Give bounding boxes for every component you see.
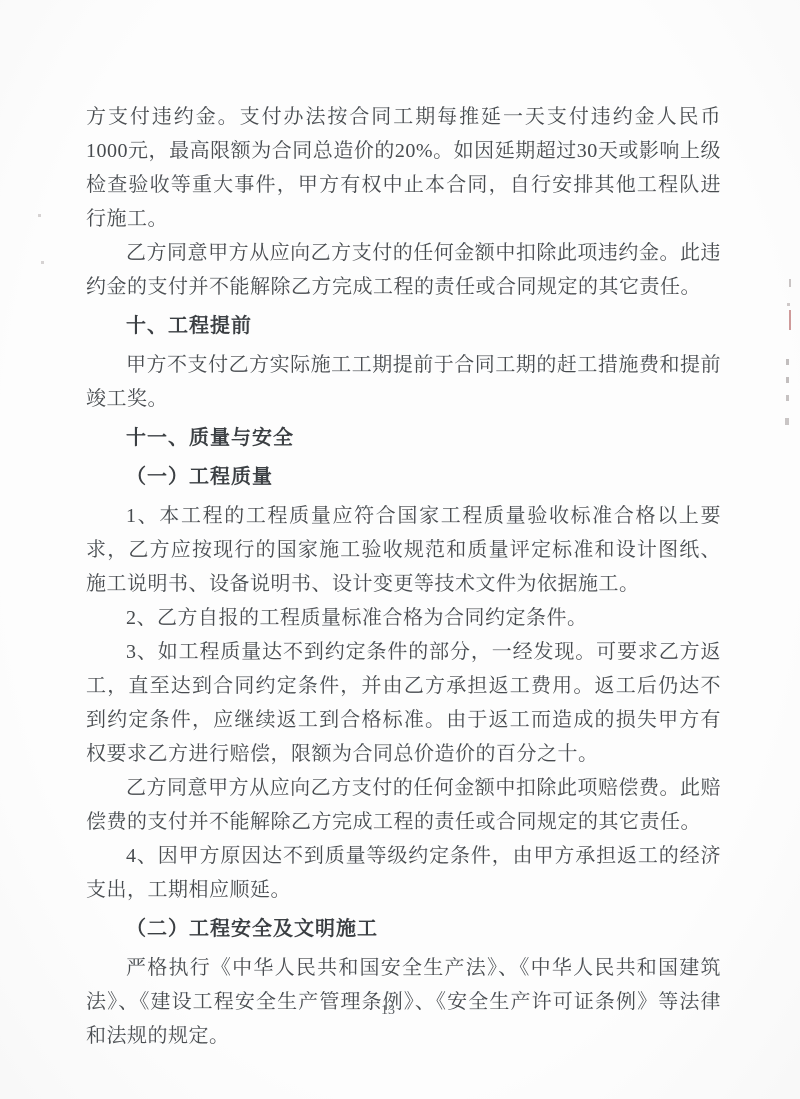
scan-artifact [41,261,44,264]
page-number: 13 [0,1003,776,1019]
section-heading: 十一、质量与安全 [86,421,721,455]
contract-paragraph: 4、因甲方原因达不到质量等级约定条件，由甲方承担返工的经济支出，工期相应顺延。 [86,839,721,907]
section-heading: （二）工程安全及文明施工 [86,912,721,946]
scan-artifact [786,359,789,365]
contract-paragraph: 2、乙方自报的工程质量标准合格为合同约定条件。 [86,601,721,635]
section-heading: 十、工程提前 [86,309,721,343]
contract-paragraph: 3、如工程质量达不到约定条件的部分，一经发现。可要求乙方返工，直至达到合同约定条… [86,635,721,771]
contract-paragraph: 1、本工程的工程质量应符合国家工程质量验收标准合格以上要求，乙方应按现行的国家施… [86,499,721,601]
scan-artifact-red-mark [789,310,791,330]
scan-artifact [789,279,791,287]
document-page: 方支付违约金。支付办法按合同工期每推延一天支付违约金人民币1000元，最高限额为… [0,0,800,1099]
scan-artifact [785,418,789,425]
contract-paragraph: 乙方同意甲方从应向乙方支付的任何金额中扣除此项赔偿费。此赔偿费的支付并不能解除乙… [86,771,721,839]
contract-paragraph: 甲方不支付乙方实际施工工期提前于合同工期的赶工措施费和提前竣工奖。 [86,348,721,416]
scan-artifact [38,214,41,217]
section-heading: （一）工程质量 [86,460,721,494]
contract-paragraph: 乙方同意甲方从应向乙方支付的任何金额中扣除此项违约金。此违约金的支付并不能解除乙… [86,236,721,304]
scan-artifact [787,303,790,306]
contract-text-body: 方支付违约金。支付办法按合同工期每推延一天支付违约金人民币1000元，最高限额为… [86,100,721,1053]
scan-artifact [786,377,789,383]
contract-paragraph: 方支付违约金。支付办法按合同工期每推延一天支付违约金人民币1000元，最高限额为… [86,100,721,236]
contract-paragraph: 严格执行《中华人民共和国安全生产法》、《中华人民共和国建筑法》、《建设工程安全生… [86,951,721,1053]
scan-artifact [786,395,789,401]
